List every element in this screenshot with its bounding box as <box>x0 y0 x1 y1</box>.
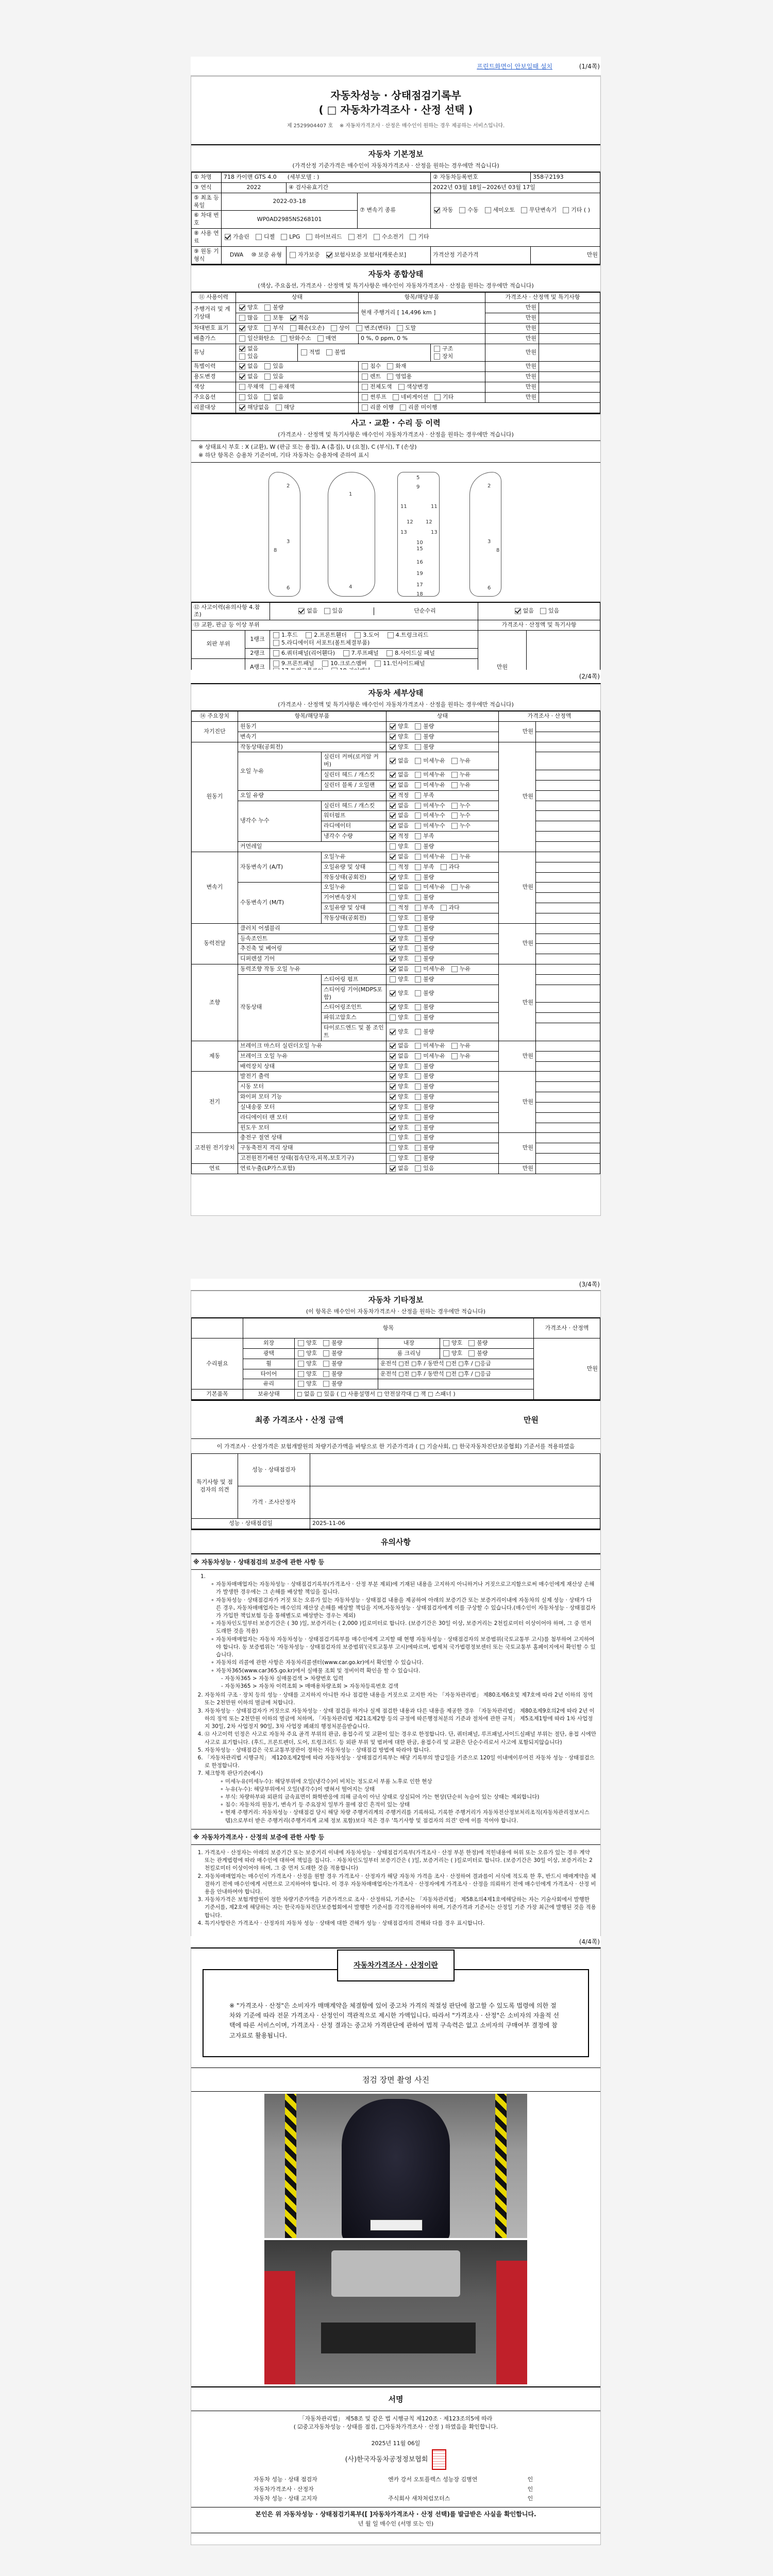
checkbox-icon[interactable] <box>451 803 458 809</box>
print-install-link[interactable]: 프린트화면이 안보일때 설치 <box>477 62 552 71</box>
checkbox-option[interactable]: 미세누수 <box>414 812 445 819</box>
checkbox-option[interactable]: 부족 <box>414 833 434 839</box>
checkbox-icon[interactable] <box>415 792 421 799</box>
checkbox-icon[interactable] <box>239 363 245 369</box>
checkbox-option[interactable]: 불량 <box>414 894 434 901</box>
checkbox-icon[interactable] <box>264 394 271 400</box>
checkbox-icon[interactable] <box>298 1371 304 1377</box>
checkbox-icon[interactable] <box>362 384 368 390</box>
checkbox-option[interactable]: 리콜 이행 <box>361 404 394 411</box>
checkbox-icon[interactable] <box>323 1350 329 1357</box>
checkbox-icon[interactable] <box>468 1350 475 1357</box>
checkbox-option[interactable]: 과다 <box>440 863 460 870</box>
checkbox-icon[interactable] <box>343 650 349 656</box>
checkbox-icon[interactable] <box>239 304 245 311</box>
checkbox-option[interactable]: 자가보증 <box>289 251 320 258</box>
checkbox-icon[interactable] <box>331 325 337 331</box>
checkbox-icon[interactable] <box>434 353 440 360</box>
checkbox-icon[interactable] <box>415 990 421 996</box>
checkbox-option[interactable]: 미세누수 <box>414 822 445 829</box>
checkbox-icon[interactable] <box>415 1134 421 1141</box>
checkbox-option[interactable]: 썬루프 <box>361 394 386 400</box>
checkbox-icon[interactable] <box>239 335 245 342</box>
part-checkbox[interactable]: 1.후드 <box>272 632 298 638</box>
checkbox-icon[interactable] <box>301 349 307 355</box>
checkbox-option[interactable]: 없음 <box>514 607 534 614</box>
checkbox-option[interactable]: 불량 <box>414 1114 434 1121</box>
checkbox-option[interactable]: 불량 <box>322 1360 342 1367</box>
checkbox-option[interactable]: 양호 <box>389 945 409 952</box>
checkbox-icon[interactable] <box>390 966 396 972</box>
checkbox-icon[interactable] <box>390 772 396 778</box>
checkbox-option[interactable]: 양호 <box>389 925 409 931</box>
checkbox-option[interactable]: 있음 <box>323 607 343 614</box>
checkbox-option[interactable]: 없음 <box>389 782 409 788</box>
checkbox-icon[interactable] <box>415 1145 421 1151</box>
checkbox-icon[interactable] <box>390 833 396 839</box>
checkbox-icon[interactable] <box>323 1361 329 1367</box>
checkbox-option[interactable]: 미세누유 <box>414 884 445 890</box>
checkbox-icon[interactable] <box>298 1350 304 1357</box>
checkbox-icon[interactable] <box>326 252 332 258</box>
checkbox-option[interactable]: 누유 <box>450 1042 470 1049</box>
checkbox-icon[interactable] <box>362 404 368 411</box>
checkbox-icon[interactable] <box>323 1340 329 1346</box>
checkbox-icon[interactable] <box>415 1073 421 1079</box>
checkbox-option[interactable]: 없음 <box>389 1165 409 1172</box>
checkbox-icon[interactable] <box>298 1381 304 1387</box>
checkbox-option[interactable]: 유채색 <box>269 383 295 390</box>
checkbox-icon[interactable] <box>323 1371 329 1377</box>
checkbox-icon[interactable] <box>317 335 324 342</box>
checkbox-option[interactable]: 누유 <box>450 782 470 788</box>
checkbox-icon[interactable] <box>390 792 396 799</box>
checkbox-icon[interactable] <box>225 234 231 240</box>
checkbox-option[interactable]: 양호 <box>442 1350 462 1357</box>
checkbox-option[interactable]: 양호 <box>389 955 409 962</box>
checkbox-icon[interactable] <box>415 1125 421 1131</box>
checkbox-option[interactable]: 과다 <box>440 904 460 911</box>
checkbox-option[interactable]: 불량 <box>414 925 434 931</box>
checkbox-icon[interactable] <box>415 812 421 819</box>
checkbox-option[interactable]: 누수 <box>450 822 470 829</box>
checkbox-option[interactable]: 양호 <box>389 1155 409 1161</box>
checkbox-icon[interactable] <box>387 363 393 369</box>
checkbox-option[interactable]: 기타 ( ) <box>562 207 590 213</box>
checkbox-icon[interactable] <box>415 1094 421 1100</box>
checkbox-option[interactable]: 불량 <box>414 743 434 750</box>
checkbox-icon[interactable] <box>281 335 287 342</box>
checkbox-option[interactable]: 미세누유 <box>414 782 445 788</box>
checkbox-option[interactable]: 없음 <box>389 1053 409 1059</box>
checkbox-option[interactable]: LPG <box>280 233 300 240</box>
checkbox-option[interactable]: 양호 <box>389 1144 409 1151</box>
checkbox-icon[interactable] <box>415 1053 421 1059</box>
checkbox-option[interactable]: 누유 <box>450 884 470 890</box>
checkbox-icon[interactable] <box>390 936 396 942</box>
checkbox-option[interactable]: 없음 <box>389 853 409 860</box>
checkbox-icon[interactable] <box>390 782 396 788</box>
checkbox-option[interactable]: 양호 <box>389 1028 409 1035</box>
checkbox-icon[interactable] <box>290 315 296 321</box>
checkbox-icon[interactable] <box>415 956 421 962</box>
checkbox-icon[interactable] <box>390 1125 396 1131</box>
checkbox-icon[interactable] <box>540 608 546 614</box>
checkbox-option[interactable]: 렌트 <box>361 373 381 380</box>
checkbox-option[interactable]: 미세누유 <box>414 853 445 860</box>
checkbox-option[interactable]: 양호 <box>389 723 409 730</box>
checkbox-icon[interactable] <box>434 346 440 352</box>
checkbox-option[interactable]: 양호 <box>238 304 258 311</box>
checkbox-option[interactable]: 없음 <box>389 757 409 764</box>
checkbox-icon[interactable] <box>415 1004 421 1010</box>
checkbox-option[interactable]: 불법 <box>325 349 345 355</box>
checkbox-option[interactable]: 없음 <box>389 965 409 972</box>
checkbox-icon[interactable] <box>276 404 282 411</box>
checkbox-option[interactable]: 있음 <box>414 1165 434 1172</box>
checkbox-option[interactable]: 적법 <box>300 349 320 355</box>
checkbox-option[interactable]: 없음 <box>389 771 409 778</box>
checkbox-icon[interactable] <box>386 650 393 656</box>
checkbox-option[interactable]: 불량 <box>322 1340 342 1346</box>
checkbox-icon[interactable] <box>415 894 421 901</box>
checkbox-option[interactable]: 무단변속기 <box>520 207 557 213</box>
checkbox-icon[interactable] <box>415 915 421 921</box>
checkbox-icon[interactable] <box>468 1340 475 1346</box>
checkbox-option[interactable]: 양호 <box>389 1104 409 1110</box>
checkbox-icon[interactable] <box>415 966 421 972</box>
checkbox-option[interactable]: 불량 <box>414 1124 434 1131</box>
checkbox-icon[interactable] <box>485 207 491 213</box>
checkbox-icon[interactable] <box>273 660 279 667</box>
checkbox-icon[interactable] <box>239 374 245 380</box>
checkbox-option[interactable]: 양호 <box>297 1370 317 1377</box>
checkbox-option[interactable]: 수동 <box>458 207 478 213</box>
checkbox-option[interactable]: 양호 <box>389 976 409 982</box>
checkbox-icon[interactable] <box>356 325 362 331</box>
checkbox-option[interactable]: 해당 <box>275 404 295 411</box>
checkbox-icon[interactable] <box>390 884 396 890</box>
checkbox-icon[interactable] <box>390 1134 396 1141</box>
checkbox-icon[interactable] <box>415 823 421 829</box>
checkbox-icon[interactable] <box>515 608 521 614</box>
checkbox-option[interactable]: 불량 <box>414 1083 434 1090</box>
checkbox-option[interactable]: 자동 <box>433 207 453 213</box>
checkbox-icon[interactable] <box>390 1155 396 1161</box>
checkbox-option[interactable]: 양호 <box>389 914 409 921</box>
checkbox-option[interactable]: 하이브리드 <box>305 233 342 240</box>
checkbox-icon[interactable] <box>415 884 421 890</box>
checkbox-option[interactable]: 적음 <box>289 314 309 321</box>
checkbox-icon[interactable] <box>415 1043 421 1049</box>
checkbox-icon[interactable] <box>390 1073 396 1079</box>
checkbox-option[interactable]: 없음 <box>238 373 258 380</box>
checkbox-option[interactable]: 불량 <box>414 874 434 880</box>
checkbox-option[interactable]: 구조 <box>433 345 453 352</box>
checkbox-icon[interactable] <box>415 782 421 788</box>
checkbox-icon[interactable] <box>390 1104 396 1110</box>
checkbox-option[interactable]: 수소전기 <box>373 233 404 240</box>
checkbox-option[interactable]: 양호 <box>389 733 409 740</box>
checkbox-option[interactable]: 없음 <box>389 802 409 809</box>
checkbox-option[interactable]: 양호 <box>389 1124 409 1131</box>
part-checkbox[interactable]: 5.라디에이터 서포트(볼트체결부품) <box>272 639 369 646</box>
checkbox-icon[interactable] <box>290 252 296 258</box>
checkbox-option[interactable]: 미세누유 <box>414 1053 445 1059</box>
checkbox-icon[interactable] <box>459 207 465 213</box>
checkbox-icon[interactable] <box>390 990 396 996</box>
checkbox-icon[interactable] <box>443 1350 449 1357</box>
checkbox-option[interactable]: 불량 <box>467 1340 488 1346</box>
checkbox-option[interactable]: 리콜 미이행 <box>399 404 438 411</box>
checkbox-icon[interactable] <box>273 650 279 656</box>
checkbox-option[interactable]: 해당없음 <box>238 404 270 411</box>
checkbox-icon[interactable] <box>415 1029 421 1035</box>
checkbox-icon[interactable] <box>415 1063 421 1070</box>
checkbox-icon[interactable] <box>256 234 262 240</box>
checkbox-icon[interactable] <box>362 394 368 400</box>
checkbox-icon[interactable] <box>415 976 421 982</box>
checkbox-icon[interactable] <box>415 874 421 880</box>
checkbox-option[interactable]: 미세누유 <box>414 965 445 972</box>
checkbox-option[interactable]: 양호 <box>389 935 409 942</box>
checkbox-option[interactable]: 불량 <box>414 1134 434 1141</box>
checkbox-icon[interactable] <box>415 734 421 740</box>
checkbox-icon[interactable] <box>298 1361 304 1367</box>
checkbox-icon[interactable] <box>451 823 458 829</box>
checkbox-icon[interactable] <box>362 363 368 369</box>
checkbox-option[interactable]: 양호 <box>389 1073 409 1079</box>
checkbox-icon[interactable] <box>390 1029 396 1035</box>
checkbox-icon[interactable] <box>415 854 421 860</box>
checkbox-icon[interactable] <box>415 1083 421 1090</box>
checkbox-option[interactable]: 누유 <box>450 1053 470 1059</box>
checkbox-icon[interactable] <box>390 956 396 962</box>
checkbox-icon[interactable] <box>390 734 396 740</box>
checkbox-option[interactable]: 양호 <box>389 1063 409 1070</box>
checkbox-option[interactable]: 양호 <box>389 874 409 880</box>
checkbox-icon[interactable] <box>390 874 396 880</box>
checkbox-option[interactable]: 양호 <box>238 325 258 331</box>
checkbox-icon[interactable] <box>390 803 396 809</box>
checkbox-icon[interactable] <box>451 966 458 972</box>
checkbox-option[interactable]: 불량 <box>414 935 434 942</box>
checkbox-icon[interactable] <box>390 1043 396 1049</box>
checkbox-icon[interactable] <box>355 632 361 638</box>
checkbox-icon[interactable] <box>281 234 287 240</box>
checkbox-icon[interactable] <box>388 632 394 638</box>
checkbox-icon[interactable] <box>390 1014 396 1021</box>
checkbox-icon[interactable] <box>390 744 396 750</box>
checkbox-icon[interactable] <box>451 884 458 890</box>
checkbox-option[interactable]: 누유 <box>450 771 470 778</box>
checkbox-icon[interactable] <box>390 915 396 921</box>
checkbox-icon[interactable] <box>451 1053 458 1059</box>
checkbox-option[interactable]: 불량 <box>414 1155 434 1161</box>
checkbox-option[interactable]: 네비게이션 <box>392 394 428 400</box>
checkbox-icon[interactable] <box>390 905 396 911</box>
checkbox-option[interactable]: 없음 <box>297 607 317 614</box>
checkbox-option[interactable]: 무채색 <box>238 383 264 390</box>
checkbox-option[interactable]: 적정 <box>389 863 409 870</box>
checkbox-icon[interactable] <box>239 346 245 352</box>
checkbox-option[interactable]: 훼손(오손) <box>289 325 325 331</box>
checkbox-option[interactable]: 많음 <box>238 314 258 321</box>
checkbox-icon[interactable] <box>415 758 421 764</box>
checkbox-option[interactable]: 불량 <box>414 1073 434 1079</box>
checkbox-option[interactable]: 탄화수소 <box>280 335 311 342</box>
checkbox-option[interactable]: 적정 <box>389 904 409 911</box>
checkbox-option[interactable]: 양호 <box>389 843 409 850</box>
checkbox-icon[interactable] <box>451 782 458 788</box>
checkbox-icon[interactable] <box>298 608 305 614</box>
checkbox-icon[interactable] <box>397 325 403 331</box>
checkbox-option[interactable]: 있음 <box>238 394 258 400</box>
checkbox-option[interactable]: 누유 <box>450 965 470 972</box>
checkbox-option[interactable]: 양호 <box>389 1083 409 1090</box>
checkbox-icon[interactable] <box>563 207 569 213</box>
checkbox-icon[interactable] <box>390 1063 396 1070</box>
checkbox-option[interactable]: 불량 <box>414 723 434 730</box>
checkbox-icon[interactable] <box>298 1340 304 1346</box>
checkbox-icon[interactable] <box>390 723 396 730</box>
checkbox-option[interactable]: 없음 <box>389 822 409 829</box>
checkbox-option[interactable]: 양호 <box>389 1134 409 1141</box>
checkbox-option[interactable]: 불량 <box>414 1144 434 1151</box>
checkbox-icon[interactable] <box>290 325 296 331</box>
checkbox-icon[interactable] <box>415 1104 421 1110</box>
checkbox-icon[interactable] <box>239 353 245 360</box>
checkbox-option[interactable]: 기타 <box>433 394 453 400</box>
checkbox-icon[interactable] <box>390 1145 396 1151</box>
checkbox-option[interactable]: 영업용 <box>386 373 412 380</box>
checkbox-option[interactable]: 장치 <box>433 353 453 360</box>
checkbox-option[interactable]: 양호 <box>389 894 409 901</box>
checkbox-option[interactable]: 누수 <box>450 812 470 819</box>
checkbox-option[interactable]: 있음 <box>263 363 283 369</box>
checkbox-icon[interactable] <box>322 660 328 667</box>
checkbox-option[interactable]: 양호 <box>389 743 409 750</box>
checkbox-icon[interactable] <box>390 1165 396 1172</box>
checkbox-option[interactable]: 부족 <box>414 792 434 799</box>
checkbox-option[interactable]: 없음 <box>389 1042 409 1049</box>
checkbox-icon[interactable] <box>390 823 396 829</box>
checkbox-option[interactable]: 불량 <box>467 1350 488 1357</box>
checkbox-icon[interactable] <box>415 1114 421 1121</box>
checkbox-icon[interactable] <box>451 758 458 764</box>
checkbox-option[interactable]: 부족 <box>414 863 434 870</box>
checkbox-option[interactable]: 불량 <box>414 945 434 952</box>
checkbox-option[interactable]: 없음 <box>389 884 409 890</box>
checkbox-option[interactable]: 불량 <box>414 843 434 850</box>
checkbox-icon[interactable] <box>415 936 421 942</box>
checkbox-icon[interactable] <box>375 660 381 667</box>
checkbox-icon[interactable] <box>239 404 245 411</box>
checkbox-option[interactable]: 부식 <box>263 325 283 331</box>
checkbox-option[interactable]: 있음 <box>539 607 559 614</box>
checkbox-icon[interactable] <box>390 1053 396 1059</box>
checkbox-icon[interactable] <box>390 812 396 819</box>
checkbox-icon[interactable] <box>415 925 421 931</box>
checkbox-option[interactable]: 불량 <box>322 1380 342 1387</box>
checkbox-icon[interactable] <box>306 632 312 638</box>
checkbox-option[interactable]: 양호 <box>297 1360 317 1367</box>
checkbox-option[interactable]: 누유 <box>450 853 470 860</box>
checkbox-option[interactable]: 침수 <box>361 363 381 369</box>
checkbox-icon[interactable] <box>390 976 396 982</box>
checkbox-option[interactable]: 세미오토 <box>484 207 515 213</box>
checkbox-icon[interactable] <box>390 843 396 850</box>
checkbox-option[interactable]: 상이 <box>330 325 350 331</box>
part-checkbox[interactable]: 2.프론트휀더 <box>305 632 347 638</box>
checkbox-icon[interactable] <box>306 234 312 240</box>
checkbox-option[interactable]: 없음 <box>389 812 409 819</box>
checkbox-icon[interactable] <box>273 640 279 646</box>
checkbox-icon[interactable] <box>387 374 393 380</box>
checkbox-option[interactable]: 불량 <box>414 1004 434 1010</box>
checkbox-icon[interactable] <box>415 744 421 750</box>
checkbox-icon[interactable] <box>264 325 271 331</box>
checkbox-option[interactable]: 누유 <box>450 757 470 764</box>
checkbox-option[interactable]: 불량 <box>322 1350 342 1357</box>
checkbox-option[interactable]: 없음 <box>263 394 283 400</box>
checkbox-icon[interactable] <box>239 325 245 331</box>
checkbox-icon[interactable] <box>451 812 458 819</box>
checkbox-option[interactable]: 없음 <box>238 363 258 369</box>
checkbox-icon[interactable] <box>374 234 380 240</box>
checkbox-icon[interactable] <box>443 1340 449 1346</box>
checkbox-icon[interactable] <box>390 925 396 931</box>
checkbox-icon[interactable] <box>434 207 440 213</box>
checkbox-icon[interactable] <box>390 864 396 870</box>
checkbox-icon[interactable] <box>415 1014 421 1021</box>
checkbox-icon[interactable] <box>326 349 332 355</box>
checkbox-icon[interactable] <box>410 234 416 240</box>
checkbox-option[interactable]: 누수 <box>450 802 470 809</box>
checkbox-icon[interactable] <box>415 1165 421 1172</box>
checkbox-icon[interactable] <box>415 945 421 952</box>
checkbox-option[interactable]: 불량 <box>414 1014 434 1021</box>
part-checkbox[interactable]: 8.사이드실 패널 <box>385 650 435 656</box>
checkbox-option[interactable]: 불량 <box>414 1104 434 1110</box>
checkbox-option[interactable]: 적정 <box>389 833 409 839</box>
checkbox-option[interactable]: 부족 <box>414 904 434 911</box>
checkbox-icon[interactable] <box>273 632 279 638</box>
checkbox-option[interactable]: 불량 <box>414 955 434 962</box>
checkbox-icon[interactable] <box>434 394 441 400</box>
checkbox-option[interactable]: 보험사보증 보험사[캐롯손보] <box>325 251 407 258</box>
checkbox-option[interactable]: 적정 <box>389 792 409 799</box>
checkbox-icon[interactable] <box>398 384 405 390</box>
checkbox-option[interactable]: 가솔린 <box>224 233 249 240</box>
checkbox-icon[interactable] <box>415 833 421 839</box>
checkbox-option[interactable]: 양호 <box>389 990 409 996</box>
part-checkbox[interactable]: 9.프론트패널 <box>272 660 314 667</box>
checkbox-icon[interactable] <box>415 905 421 911</box>
checkbox-icon[interactable] <box>441 864 447 870</box>
checkbox-option[interactable]: 양호 <box>297 1380 317 1387</box>
checkbox-option[interactable]: 색상변경 <box>397 383 429 390</box>
checkbox-icon[interactable] <box>390 1094 396 1100</box>
checkbox-icon[interactable] <box>348 234 355 240</box>
checkbox-option[interactable]: 미세누유 <box>414 771 445 778</box>
checkbox-option[interactable]: 화재 <box>386 363 406 369</box>
checkbox-option[interactable]: 양호 <box>389 1004 409 1010</box>
checkbox-icon[interactable] <box>239 384 245 390</box>
checkbox-option[interactable]: 불량 <box>414 733 434 740</box>
checkbox-option[interactable]: 미세누유 <box>414 1042 445 1049</box>
checkbox-option[interactable]: 불량 <box>414 990 434 996</box>
